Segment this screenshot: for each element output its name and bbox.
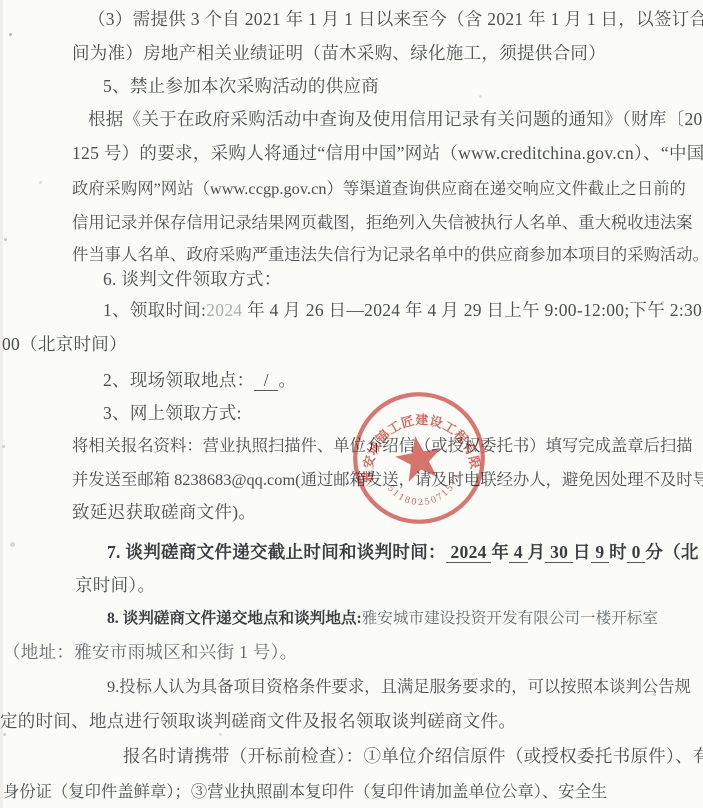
document-line: 间为准）房地产相关业绩证明（苗木采购、绿化施工，须提供合同） [72, 42, 606, 65]
seal-star-icon [392, 432, 445, 483]
document-line: 信用记录并保存信用记录结果网页截图，拒绝列入失信被执行人名单、重大税收违法案 [72, 211, 693, 234]
document-text-segment: 间为准）房地产相关业绩证明（苗木采购、绿化施工，须提供合同） [72, 43, 606, 63]
document-text-segment: （3）需提供 3 个自 2021 年 1 月 1 日以来至今（含 2021 年 … [88, 9, 703, 29]
document-line: 京时间）。 [75, 574, 155, 597]
document-text-segment: 根据《关于在政府采购活动中查询及使用信用记录有关问题的通知》（财库〔2016〕 [88, 109, 703, 129]
document-text-segment: 2024 [446, 542, 492, 563]
document-line: 政府采购网”网站（www.ccgp.gov.cn）等渠道查询供应商在递交响应文件… [72, 177, 686, 200]
document-text-segment: 2、现场领取地点： [103, 370, 254, 390]
document-line: 身份证（复印件盖鲜章）；③营业执照副本复印件（复印件请加盖单位公章）、安全生 [3, 780, 607, 803]
document-line: 根据《关于在政府采购活动中查询及使用信用记录有关问题的通知》（财库〔2016〕 [88, 108, 703, 131]
document-text-segment: 月 [528, 542, 546, 562]
document-text-segment: / [254, 370, 278, 391]
document-line: 8. 谈判磋商文件递交地点和谈判地点:雅安城市建设投资开发有限公司一楼开标室 [107, 607, 658, 630]
document-line: 9.投标人认为具备项目资格条件要求，且满足服务要求的，可以按照本谈判公告规 [107, 675, 691, 698]
scanned-document-page: （3）需提供 3 个自 2021 年 1 月 1 日以来至今（含 2021 年 … [0, 0, 703, 808]
company-seal-stamp: 雅安城锦工匠建设工程有限公司 5118025071571 [319, 358, 518, 557]
document-line: （地址：雅安市雨城区和兴街 1 号）。 [3, 641, 297, 664]
document-line: 2、现场领取地点： / 。 [103, 369, 296, 392]
document-line: 定的时间、地点进行领取谈判磋商文件及报名领取谈判磋商文件。 [0, 710, 516, 733]
document-text-segment: 0 [627, 542, 645, 563]
document-text-segment: 时 [609, 542, 627, 562]
document-line: 6. 谈判文件领取方式： [103, 268, 282, 291]
document-text-segment: 00（北京时间） [2, 334, 127, 354]
document-text-segment: 5、禁止参加本次采购活动的供应商 [103, 76, 379, 96]
document-text-segment: 雅安城市建设投资开发有限公司一楼开标室 [362, 610, 658, 627]
document-text-segment: 报名时请携带（开标前检查）：①单位介绍信原件（或授权委托书原件）、有效 [123, 746, 703, 766]
document-text-segment: 1、领取时间: [103, 300, 206, 320]
document-text-segment: 年 [491, 542, 509, 562]
document-text-segment: 30 [545, 542, 572, 563]
document-text-segment: 8. 谈判磋商文件递交地点和谈判地点: [107, 610, 362, 627]
document-text-segment: 2024 [206, 300, 242, 320]
document-text-segment: 6. 谈判文件领取方式： [103, 269, 282, 289]
document-text-segment: 京时间）。 [75, 575, 155, 595]
seal-serial-number: 5118025071571 [384, 469, 468, 514]
document-line: 致延迟获取磋商文件)。 [72, 501, 256, 524]
document-line: 5、禁止参加本次采购活动的供应商 [103, 75, 379, 98]
document-line: （3）需提供 3 个自 2021 年 1 月 1 日以来至今（含 2021 年 … [88, 8, 703, 31]
document-text-segment: 125 号）的要求，采购人将通过“信用中国”网站（www.creditchina… [72, 143, 703, 163]
document-text-segment: 致延迟获取磋商文件)。 [72, 502, 256, 522]
document-line: 报名时请携带（开标前检查）：①单位介绍信原件（或授权委托书原件）、有效 [123, 745, 703, 768]
document-line: 125 号）的要求，采购人将通过“信用中国”网站（www.creditchina… [72, 142, 703, 165]
document-line: 00（北京时间） [2, 333, 127, 356]
document-text-segment: 9.投标人认为具备项目资格条件要求，且满足服务要求的，可以按照本谈判公告规 [107, 677, 691, 696]
document-text-segment: 4 [509, 542, 527, 563]
scan-noise-specks [9, 33, 12, 36]
document-line: 1、领取时间:2024 年 4 月 26 日—2024 年 4 月 29 日上午… [103, 299, 703, 322]
scan-edge-shade [0, 0, 3, 808]
document-text-segment: 分（北 [645, 542, 698, 562]
document-text-segment: 3、网上领取方式: [103, 403, 242, 423]
document-line: 3、网上领取方式: [103, 402, 242, 425]
document-text-segment: 政府采购网”网站（www.ccgp.gov.cn）等渠道查询供应商在递交响应文件… [72, 179, 686, 198]
document-text-segment: 信用记录并保存信用记录结果网页截图，拒绝列入失信被执行人名单、重大税收违法案 [72, 213, 693, 232]
document-text-segment: 定的时间、地点进行领取谈判磋商文件及报名领取谈判磋商文件。 [0, 711, 516, 731]
document-text-segment: 件当事人名单、政府采购严重违法失信行为记录名单中的供应商参加本项目的采购活动。 [72, 245, 703, 264]
document-text-segment: 身份证（复印件盖鲜章）；③营业执照副本复印件（复印件请加盖单位公章）、安全生 [3, 782, 607, 801]
document-text-segment: 年 4 月 26 日—2024 年 4 月 29 日上午 9:00-12:00;… [242, 300, 703, 320]
document-text-segment: （地址：雅安市雨城区和兴街 1 号）。 [3, 642, 297, 662]
document-line: 件当事人名单、政府采购严重违法失信行为记录名单中的供应商参加本项目的采购活动。 [72, 243, 703, 266]
document-text-segment: 日 [573, 542, 591, 562]
document-text-segment: 。 [278, 370, 296, 390]
document-text-segment: 9 [591, 542, 609, 563]
